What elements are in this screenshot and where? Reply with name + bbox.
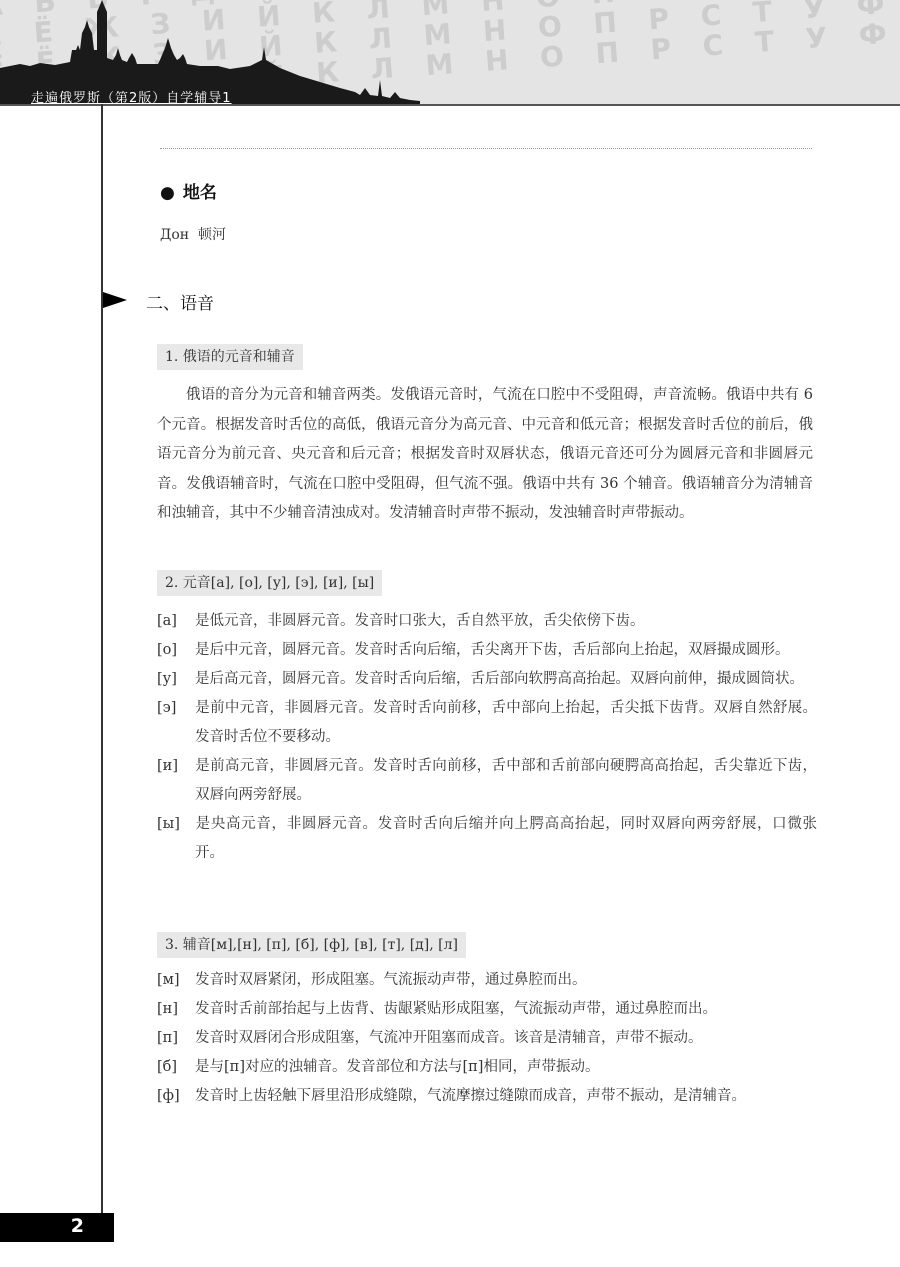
bullet-icon: ● bbox=[160, 183, 175, 203]
list-item: [м]发音时双唇紧闭，形成阻塞。气流振动声带，通过鼻腔而出。 bbox=[157, 966, 817, 995]
item-text: 是前高元音，非圆唇元音。发音时舌向前移，舌中部和舌前部向硬腭高高抬起，舌尖靠近下… bbox=[195, 758, 817, 803]
list-item: [э]是前中元音，非圆唇元音。发音时舌向前移，舌中部向上抬起，舌尖抵下齿背。双唇… bbox=[157, 694, 817, 752]
list-item: [о]是后中元音，圆唇元音。发音时舌向后缩，舌尖离开下齿，舌后部向上抬起，双唇撮… bbox=[157, 636, 817, 665]
topic-heading: 3. 辅音[м],[н], [п], [б], [ф], [в], [т], [… bbox=[157, 932, 466, 958]
item-text: 发音时舌前部抬起与上齿背、齿龈紧贴形成阻塞，气流振动声带，通过鼻腔而出。 bbox=[195, 1001, 717, 1017]
item-text: 是与[п]对应的浊辅音。发音部位和方法与[п]相同，声带振动。 bbox=[195, 1059, 599, 1075]
list-item: [ф]发音时上齿轻触下唇里沿形成缝隙，气流摩擦过缝隙而成音，声带不振动，是清辅音… bbox=[157, 1082, 817, 1111]
phoneme-tag: [б] bbox=[157, 1053, 195, 1082]
item-text: 发音时双唇闭合形成阻塞，气流冲开阻塞而成音。该音是清辅音，声带不振动。 bbox=[195, 1030, 703, 1046]
topic-heading: 2. 元音[а], [о], [у], [э], [и], [ы] bbox=[157, 570, 382, 596]
header-banner: А Б В Г Д Е Ё Ж З И Й К Л М Н О П Р С Т … bbox=[0, 0, 900, 106]
list-item: [у]是后高元音，圆唇元音。发音时舌向后缩，舌后部向软腭高高抬起。双唇向前伸，撮… bbox=[157, 665, 817, 694]
list-item: [б]是与[п]对应的浊辅音。发音部位和方法与[п]相同，声带振动。 bbox=[157, 1053, 817, 1082]
heading-text: 地名 bbox=[183, 183, 217, 203]
phoneme-tag: [п] bbox=[157, 1024, 195, 1053]
section-title: 二、语音 bbox=[146, 289, 214, 314]
item-text: 是后中元音，圆唇元音。发音时舌向后缩，舌尖离开下齿，舌后部向上抬起，双唇撮成圆形… bbox=[195, 642, 790, 658]
item-text: 是前中元音，非圆唇元音。发音时舌向前移，舌中部向上抬起，舌尖抵下齿背。双唇自然舒… bbox=[195, 700, 817, 745]
list-item: [п]发音时双唇闭合形成阻塞，气流冲开阻塞而成音。该音是清辅音，声带不振动。 bbox=[157, 1024, 817, 1053]
phoneme-tag: [о] bbox=[157, 636, 195, 665]
book-title: 走遍俄罗斯（第2版）自学辅导1 bbox=[31, 87, 232, 106]
topic-paragraph: 俄语的音分为元音和辅音两类。发俄语元音时，气流在口腔中不受阻碍，声音流畅。俄语中… bbox=[157, 381, 813, 529]
phoneme-tag: [м] bbox=[157, 966, 195, 995]
phoneme-tag: [ы] bbox=[157, 810, 195, 839]
page-number: 2 bbox=[71, 1215, 84, 1237]
list-item: [и]是前高元音，非圆唇元音。发音时舌向前移，舌中部和舌前部向硬腭高高抬起，舌尖… bbox=[157, 752, 817, 810]
item-text: 是低元音，非圆唇元音。发音时口张大，舌自然平放，舌尖依傍下齿。 bbox=[195, 613, 645, 629]
vowel-list: [а]是低元音，非圆唇元音。发音时口张大，舌自然平放，舌尖依傍下齿。 [о]是后… bbox=[157, 607, 817, 868]
phoneme-tag: [и] bbox=[157, 752, 195, 781]
phoneme-tag: [а] bbox=[157, 607, 195, 636]
list-item: [н]发音时舌前部抬起与上齿背、齿龈紧贴形成阻塞，气流振动声带，通过鼻腔而出。 bbox=[157, 995, 817, 1024]
item-text: 发音时上齿轻触下唇里沿形成缝隙，气流摩擦过缝隙而成音，声带不振动，是清辅音。 bbox=[195, 1088, 746, 1104]
place-name-entry: Дон 顿河 bbox=[160, 224, 226, 244]
dotted-divider bbox=[160, 148, 812, 149]
phoneme-tag: [ф] bbox=[157, 1082, 195, 1111]
phoneme-tag: [н] bbox=[157, 995, 195, 1024]
list-item: [ы]是央高元音，非圆唇元音。发音时舌向后缩并向上腭高高抬起，同时双唇向两旁舒展… bbox=[157, 810, 817, 868]
margin-rule bbox=[101, 104, 103, 1214]
phoneme-tag: [у] bbox=[157, 665, 195, 694]
place-names-heading: ●地名 bbox=[160, 178, 217, 203]
page-number-box: 2 bbox=[0, 1213, 114, 1242]
item-text: 发音时双唇紧闭，形成阻塞。气流振动声带，通过鼻腔而出。 bbox=[195, 972, 587, 988]
section-arrow-icon bbox=[103, 292, 127, 308]
list-item: [а]是低元音，非圆唇元音。发音时口张大，舌自然平放，舌尖依傍下齿。 bbox=[157, 607, 817, 636]
consonant-list: [м]发音时双唇紧闭，形成阻塞。气流振动声带，通过鼻腔而出。 [н]发音时舌前部… bbox=[157, 966, 817, 1111]
topic-heading: 1. 俄语的元音和辅音 bbox=[157, 344, 303, 370]
item-text: 是后高元音，圆唇元音。发音时舌向后缩，舌后部向软腭高高抬起。双唇向前伸，撮成圆筒… bbox=[195, 671, 804, 687]
item-text: 是央高元音，非圆唇元音。发音时舌向后缩并向上腭高高抬起，同时双唇向两旁舒展，口微… bbox=[195, 816, 817, 861]
phoneme-tag: [э] bbox=[157, 694, 195, 723]
